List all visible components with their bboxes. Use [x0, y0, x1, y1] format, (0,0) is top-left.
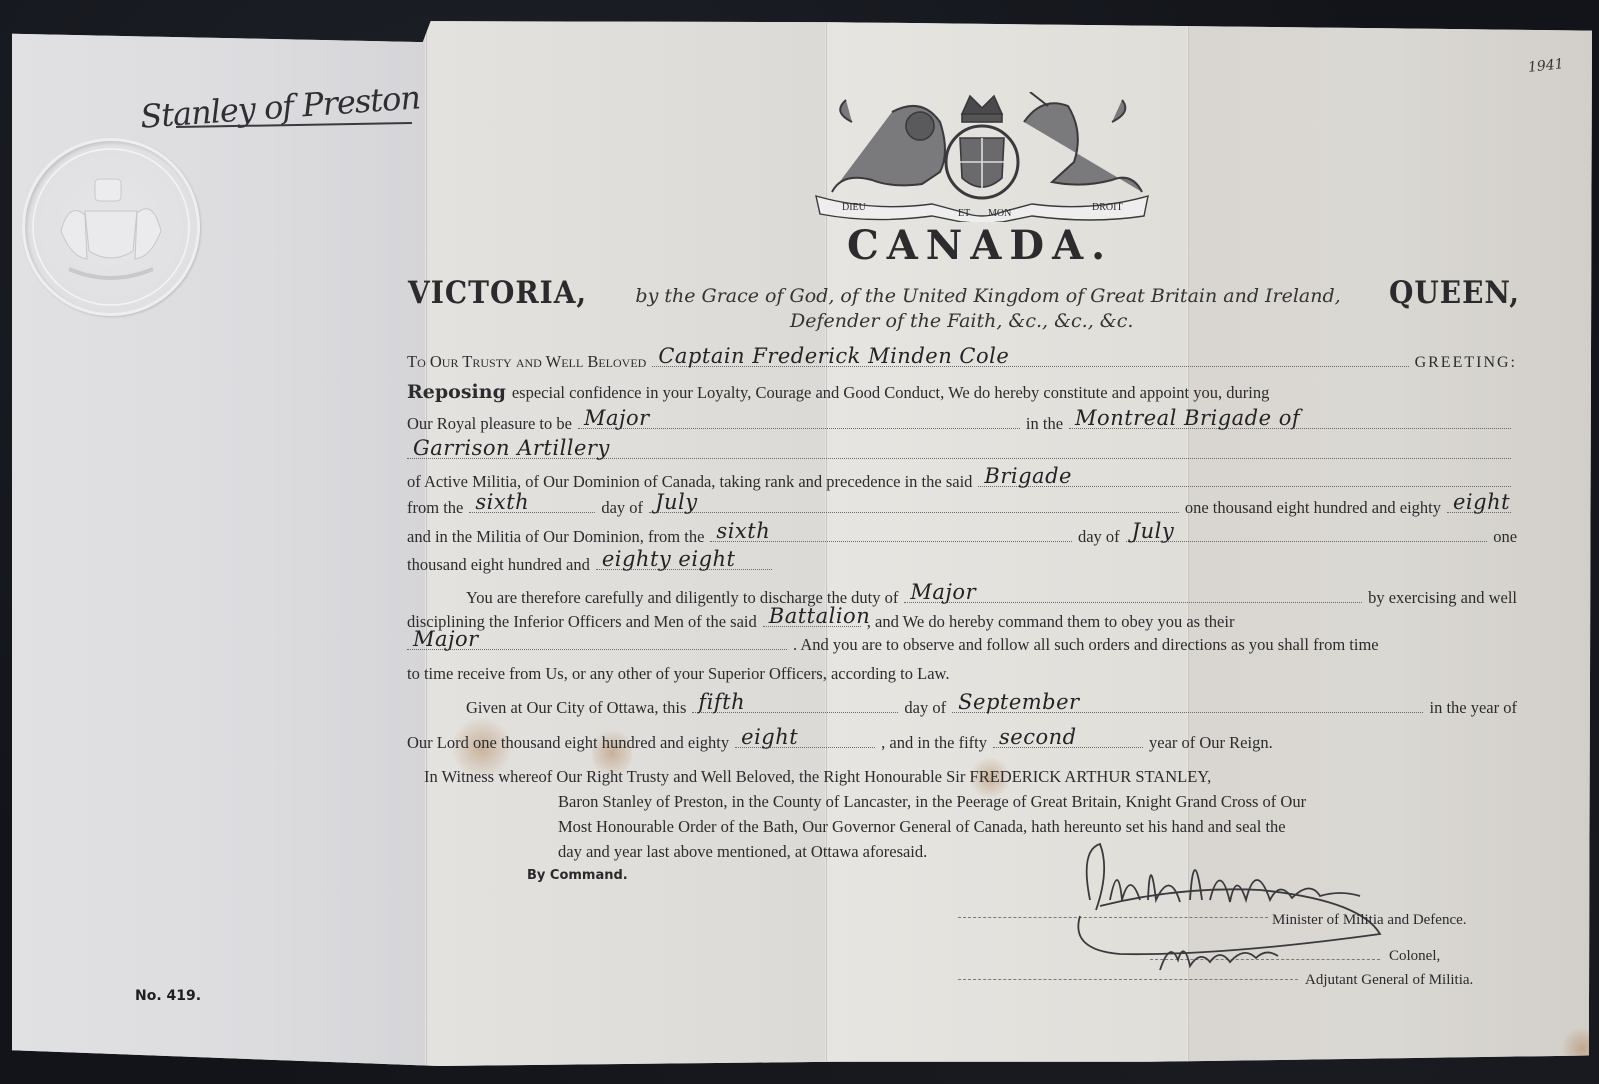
defender-of-faith: Defender of the Faith, &c., &c., &c. [790, 310, 1133, 332]
sovereign-rank: QUEEN, [1389, 274, 1520, 310]
militia-date-line: and in the Militia of Our Dominion, from… [407, 523, 1517, 547]
unit-field-continued: Garrison Artillery [407, 440, 1511, 459]
disciplining-line: disciplining the Inferior Officers and M… [407, 608, 1517, 632]
sovereign-line: VICTORIA, by the Grace of God, of the Un… [408, 276, 1520, 309]
document-title: CANADA. [800, 222, 1160, 269]
document-number: No. 419. [135, 988, 201, 1004]
militia-month-field: July [1126, 523, 1488, 542]
given-at-line: Given at Our City of Ottawa, this fifth … [466, 694, 1517, 718]
militia-year-line: thousand eight hundred and eighty eight [407, 551, 1517, 575]
by-command-label: By Command. [527, 868, 628, 883]
royal-coat-of-arms-icon: DIEU ET MON DROIT [812, 92, 1152, 222]
unit-field: Montreal Brigade of [1069, 410, 1511, 429]
militia-year-field: eighty eight [596, 551, 772, 570]
unit-continuation-line: Garrison Artillery [407, 440, 1517, 459]
rank-month-field: July [649, 494, 1179, 513]
svg-text:DROIT: DROIT [1092, 202, 1123, 213]
rank-day-field: sixth [469, 494, 595, 513]
discharge-duty-line: You are therefore carefully and diligent… [466, 584, 1517, 608]
royal-pleasure-line: Our Royal pleasure to be Major in the Mo… [407, 410, 1517, 434]
our-lord-line: Our Lord one thousand eight hundred and … [407, 729, 1517, 753]
reign-year-field: second [993, 729, 1143, 748]
svg-text:DIEU: DIEU [842, 202, 867, 213]
rank-year-field: eight [1447, 494, 1511, 513]
rank-field: Major [578, 410, 1020, 429]
svg-text:MON: MON [988, 208, 1011, 219]
coat-of-arms-icon [25, 141, 197, 313]
reposing-line: Reposing especial confidence in your Loy… [407, 381, 1517, 403]
rank-date-line: from the sixth day of July one thousand … [407, 494, 1517, 518]
observe-line: Major . And you are to observe and follo… [407, 631, 1517, 655]
given-month-field: September [952, 694, 1423, 713]
witness-line-2: Baron Stanley of Preston, in the County … [424, 789, 1518, 814]
svg-text:ET: ET [958, 208, 970, 219]
embossed-seal [22, 138, 200, 316]
duty-rank-field: Major [904, 584, 1362, 603]
to-time-line: to time receive from Us, or any other of… [407, 664, 1517, 684]
sovereign-style: by the Grace of God, of the United Kingd… [635, 285, 1340, 307]
sovereign-name: VICTORIA, [408, 274, 587, 310]
their-rank-field: Major [407, 631, 787, 650]
adjutant-title: Adjutant General of Militia. [1305, 972, 1473, 989]
witness-line-1: In Witness whereof Our Right Trusty and … [424, 764, 1518, 789]
colonel-title: Colonel, [1389, 948, 1440, 965]
recipient-field: Captain Frederick Minden Cole [652, 348, 1408, 367]
minister-signature-icon [1060, 830, 1400, 980]
active-militia-line: of Active Militia, of Our Dominion of Ca… [407, 468, 1517, 492]
minister-title: Minister of Militia and Defence. [1272, 912, 1467, 929]
said-unit-field: Brigade [978, 468, 1511, 487]
battalion-field: Battalion [763, 608, 861, 627]
given-day-field: fifth [692, 694, 898, 713]
given-year-field: eight [735, 729, 875, 748]
greeting-line: To Our Trusty and Well Beloved Captain F… [407, 348, 1517, 372]
militia-day-field: sixth [710, 523, 1072, 542]
